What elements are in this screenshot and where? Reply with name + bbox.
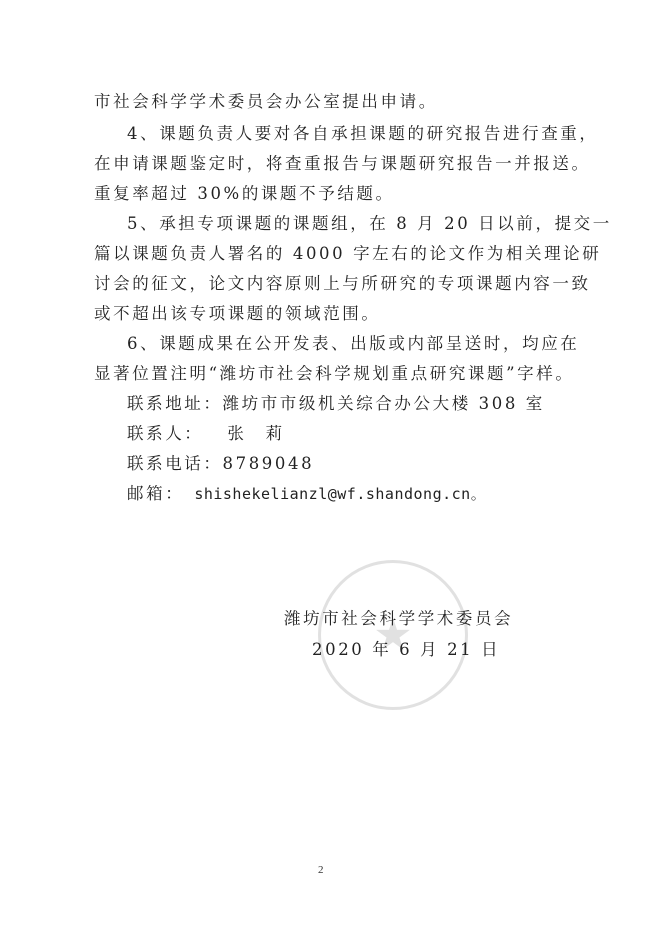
paragraph-line: 显著位置注明“潍坊市社会科学规划重点研究课题”字样。: [94, 364, 574, 384]
paragraph-line: 6、课题成果在公开发表、出版或内部呈送时，均应在: [127, 334, 579, 354]
paragraph-line: 讨会的征文，论文内容原则上与所研究的专项课题内容一致: [94, 274, 591, 294]
email-label: 邮箱：: [127, 484, 184, 503]
paragraph-line: 篇以课题负责人署名的 4000 字左右的论文作为相关理论研: [94, 244, 601, 264]
signature-date: 2020 年 6 月 21 日: [312, 636, 500, 660]
contact-person: 联系人：张 莉: [127, 424, 285, 444]
email-value: shishekelianzl@wf.shandong.cn。: [194, 485, 486, 503]
phone-label: 联系电话：: [127, 454, 223, 473]
person-value: 张 莉: [227, 424, 284, 443]
address-label: 联系地址：: [127, 394, 223, 413]
phone-value: 8789048: [223, 454, 315, 473]
paragraph-line: 4、课题负责人要对各自承担课题的研究报告进行查重，: [127, 124, 599, 144]
person-label: 联系人：: [127, 424, 203, 443]
paragraph-line: 或不超出该专项课题的领域范围。: [94, 304, 381, 324]
address-value: 潍坊市市级机关综合办公大楼 308 室: [223, 394, 545, 413]
page-number: 2: [318, 864, 324, 876]
paragraph-line: 在申请课题鉴定时，将查重报告与课题研究报告一并报送。: [94, 154, 591, 174]
contact-phone: 联系电话：8789048: [127, 454, 314, 474]
paragraph-line: 5、承担专项课题的课题组，在 8 月 20 日以前，提交一: [127, 214, 612, 234]
signature-org: 潍坊市社会科学学术委员会: [284, 605, 513, 629]
contact-email: 邮箱：shishekelianzl@wf.shandong.cn。: [127, 484, 486, 504]
paragraph-line: 市社会科学学术委员会办公室提出申请。: [94, 92, 438, 112]
paragraph-line: 重复率超过 30%的课题不予结题。: [94, 184, 395, 204]
contact-address: 联系地址：潍坊市市级机关综合办公大楼 308 室: [127, 394, 545, 414]
official-seal: ★: [318, 560, 468, 710]
